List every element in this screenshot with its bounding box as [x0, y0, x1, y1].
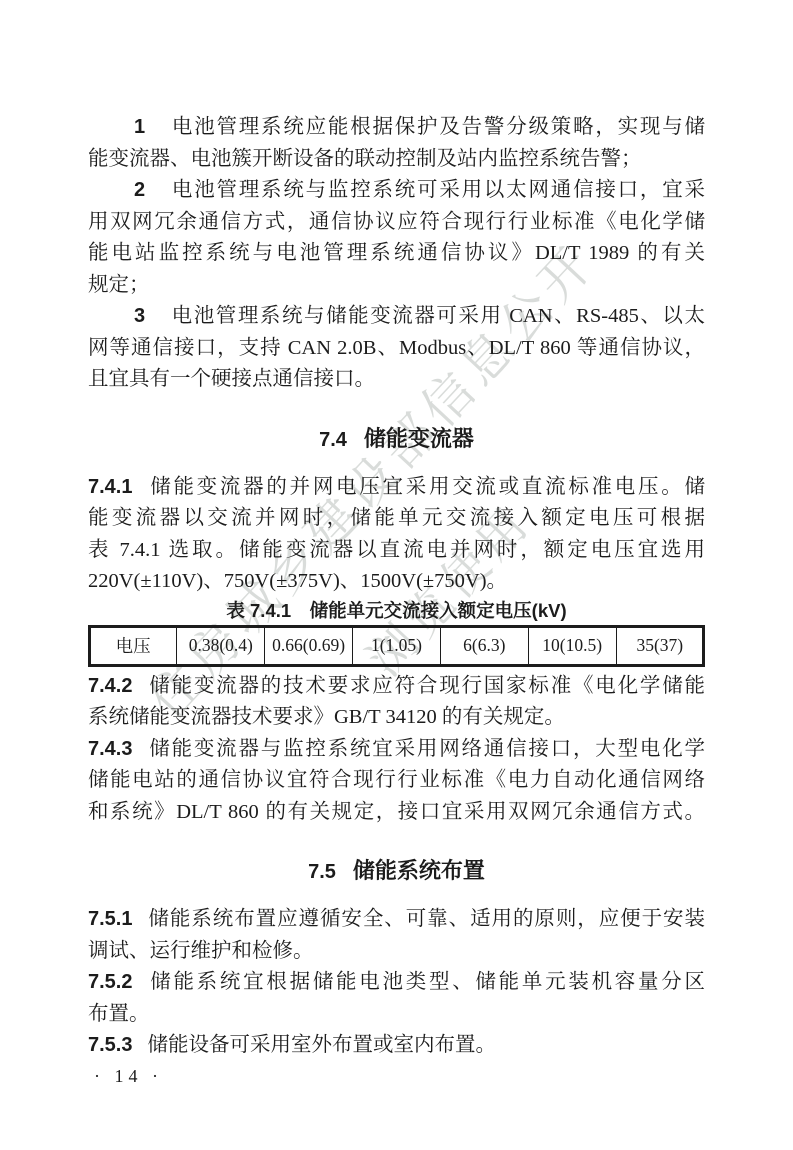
table-7-4-1-caption: 表 7.4.1 储能单元交流接入额定电压(kV)	[88, 598, 705, 624]
line-text: 且宜具有一个硬接点通信接口。	[88, 368, 375, 390]
line-text: 220V(±110V)、750V(±375V)、1500V(±750V)。	[88, 570, 507, 592]
table-value-cell: 1(1.05)	[353, 626, 441, 666]
line-text: 储能系统布置应遵循安全、可靠、适用的原则，应便于安装	[147, 908, 705, 930]
clause-7-5-2-line-2: 布置。	[88, 999, 705, 1031]
voltage-table: 电压0.38(0.4)0.66(0.69)1(1.05)6(6.3)10(10.…	[88, 625, 705, 667]
line-text: 系统储能变流器技术要求》GB/T 34120 的有关规定。	[88, 706, 565, 728]
line-text: 储能变流器的并网电压宜采用交流或直流标准电压。储	[147, 476, 705, 498]
item-number: 1	[134, 116, 145, 138]
document-content: 1电池管理系统应能根据保护及告警分级策略，实现与储能变流器、电池簇开断设备的联动…	[88, 112, 705, 1087]
table-value-cell: 35(37)	[616, 626, 704, 666]
line-text: 储能变流器的技术要求应符合现行国家标准《电化学储能	[147, 675, 705, 697]
table-header-cell: 电压	[89, 626, 177, 666]
line-text: 储能设备可采用室外布置或室内布置。	[147, 1034, 496, 1056]
item-number: 3	[134, 305, 145, 327]
list-item-3-line-3: 且宜具有一个硬接点通信接口。	[88, 364, 705, 396]
line-text: 能变流器、电池簇开断设备的联动控制及站内监控系统告警；	[88, 148, 642, 170]
section-title: 储能变流器	[364, 426, 474, 451]
line-text: 调试、运行维护和检修。	[88, 940, 314, 962]
list-item-2-line-1: 2电池管理系统与监控系统可采用以太网通信接口，宜采	[88, 175, 705, 207]
list-item-3-line-1: 3电池管理系统与储能变流器可采用 CAN、RS-485、以太	[88, 301, 705, 333]
table-row: 电压0.38(0.4)0.66(0.69)1(1.05)6(6.3)10(10.…	[89, 626, 704, 666]
clause-7-4-1-line-2: 能变流器以交流并网时，储能单元交流接入额定电压可根据	[88, 503, 705, 535]
line-text: 能电站监控系统与电池管理系统通信协议》DL/T 1989 的有关	[88, 242, 705, 264]
item-number: 7.5.2	[88, 971, 132, 993]
table-value-cell: 0.66(0.69)	[265, 626, 353, 666]
item-number: 7.5.1	[88, 908, 132, 930]
clause-7-5-3-line-1: 7.5.3储能设备可采用室外布置或室内布置。	[88, 1030, 705, 1062]
item-number: 7.5.3	[88, 1034, 132, 1056]
line-text: 用双网冗余通信方式，通信协议应符合现行行业标准《电化学储	[88, 211, 705, 233]
line-text: 规定；	[88, 274, 150, 296]
list-item-1-line-1: 1电池管理系统应能根据保护及告警分级策略，实现与储	[88, 112, 705, 144]
clause-7-4-1-line-3: 表 7.4.1 选取。储能变流器以直流电并网时，额定电压宜选用	[88, 535, 705, 567]
section-title: 储能系统布置	[353, 858, 485, 883]
line-text: 储能变流器与监控系统宜采用网络通信接口，大型电化学	[147, 738, 705, 760]
table-value-cell: 0.38(0.4)	[177, 626, 265, 666]
clause-7-4-2-line-1: 7.4.2储能变流器的技术要求应符合现行国家标准《电化学储能	[88, 671, 705, 703]
item-number: 7.4.2	[88, 675, 132, 697]
table-value-cell: 6(6.3)	[440, 626, 528, 666]
line-text: 电池管理系统与监控系统可采用以太网通信接口，宜采	[170, 179, 705, 201]
line-text: 电池管理系统应能根据保护及告警分级策略，实现与储	[170, 116, 705, 138]
line-text: 和系统》DL/T 860 的有关规定，接口宜采用双网冗余通信方式。	[88, 801, 705, 823]
section-7-5: 7.5储能系统布置	[88, 856, 705, 887]
clause-7-4-3-line-3: 和系统》DL/T 860 的有关规定，接口宜采用双网冗余通信方式。	[88, 797, 705, 829]
clause-7-4-1-line-1: 7.4.1储能变流器的并网电压宜采用交流或直流标准电压。储	[88, 472, 705, 504]
section-7-4: 7.4储能变流器	[88, 424, 705, 455]
line-text: 储能系统宜根据储能电池类型、储能单元装机容量分区	[147, 971, 705, 993]
clause-7-4-1-line-4: 220V(±110V)、750V(±375V)、1500V(±750V)。	[88, 566, 705, 598]
line-text: 表 7.4.1 选取。储能变流器以直流电并网时，额定电压宜选用	[88, 539, 705, 561]
section-number: 7.4	[319, 429, 347, 451]
clause-7-4-2-line-2: 系统储能变流器技术要求》GB/T 34120 的有关规定。	[88, 702, 705, 734]
list-item-2-line-4: 规定；	[88, 270, 705, 302]
clause-7-4-3-line-2: 储能电站的通信协议宜符合现行行业标准《电力自动化通信网络	[88, 765, 705, 797]
line-text: 储能电站的通信协议宜符合现行行业标准《电力自动化通信网络	[88, 769, 705, 791]
clause-7-4-3-line-1: 7.4.3储能变流器与监控系统宜采用网络通信接口，大型电化学	[88, 734, 705, 766]
table-value-cell: 10(10.5)	[528, 626, 616, 666]
item-number: 7.4.3	[88, 738, 132, 760]
list-item-1-line-2: 能变流器、电池簇开断设备的联动控制及站内监控系统告警；	[88, 144, 705, 176]
document-page: 住房城乡建设部信息公开 浏览使用 1电池管理系统应能根据保护及告警分级策略，实现…	[0, 0, 793, 1150]
line-text: 布置。	[88, 1003, 150, 1025]
list-item-2-line-3: 能电站监控系统与电池管理系统通信协议》DL/T 1989 的有关	[88, 238, 705, 270]
line-text: 能变流器以交流并网时，储能单元交流接入额定电压可根据	[88, 507, 705, 529]
list-item-2-line-2: 用双网冗余通信方式，通信协议应符合现行行业标准《电化学储	[88, 207, 705, 239]
line-text: 网等通信接口，支持 CAN 2.0B、Modbus、DL/T 860 等通信协议…	[88, 337, 705, 359]
page-number: · 14 ·	[88, 1065, 705, 1087]
item-number: 2	[134, 179, 145, 201]
line-text: 电池管理系统与储能变流器可采用 CAN、RS-485、以太	[170, 305, 705, 327]
clause-7-5-1-line-1: 7.5.1储能系统布置应遵循安全、可靠、适用的原则，应便于安装	[88, 904, 705, 936]
section-number: 7.5	[308, 861, 336, 883]
clause-7-5-2-line-1: 7.5.2储能系统宜根据储能电池类型、储能单元装机容量分区	[88, 967, 705, 999]
list-item-3-line-2: 网等通信接口，支持 CAN 2.0B、Modbus、DL/T 860 等通信协议…	[88, 333, 705, 365]
clause-7-5-1-line-2: 调试、运行维护和检修。	[88, 936, 705, 968]
item-number: 7.4.1	[88, 476, 132, 498]
